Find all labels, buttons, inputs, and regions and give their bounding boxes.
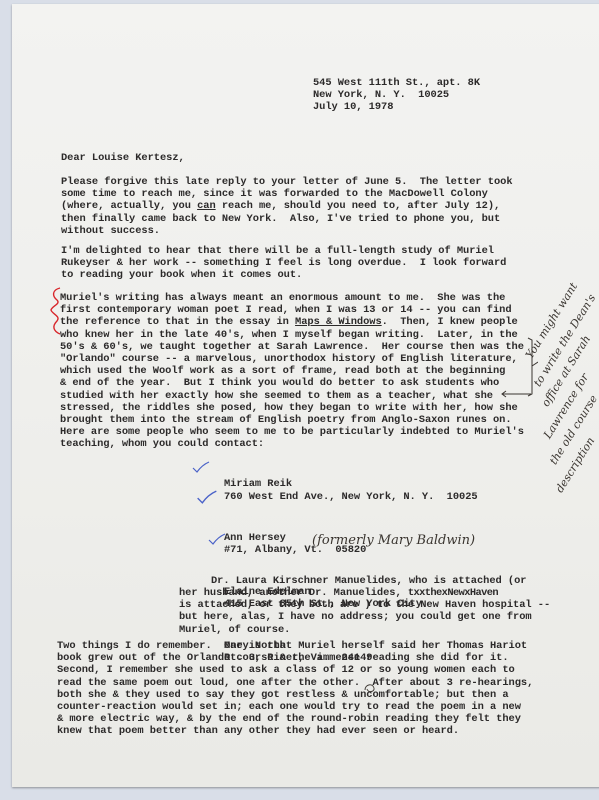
return-address: 545 West 111th St., apt. 8KNew York, N. … [313,77,480,114]
text-line: which used the Woolf work as a sort of f… [60,365,524,377]
text-span: reach me, should you need to, after July… [216,200,501,212]
text-line: 50's & 60's, we taught together at Sarah… [60,341,524,353]
text-line: "Orlando" course -- a marvelous, unortho… [60,353,524,365]
pencil-loop-mark [363,681,377,695]
contact-name: Miriam Reik [224,478,478,490]
book-title: Maps & Windows [295,316,382,328]
text-line: Second, I remember she used to ask a cla… [57,664,533,676]
check-icon [192,461,210,473]
text-line: who knew her in the late 40's, when I my… [60,329,524,341]
text-line: I'm delighted to hear that there will be… [61,245,506,257]
paragraph-2: I'm delighted to hear that there will be… [61,245,506,282]
text-span: the reference to that in the essay in [60,316,295,328]
text-line: counter-reaction would set in; each one … [57,701,533,713]
paragraph-4-body: her husband, another Dr. Manuelides, txx… [179,587,550,636]
address-line: 545 West 111th St., apt. 8K [313,77,480,89]
paragraph-3: Muriel's writing has always meant an eno… [60,292,524,451]
text-line: Dr. Laura Kirschner Manuelides, who is a… [211,575,526,587]
struck-out-text: txxthexNewxHaven [408,587,498,599]
text-line: without success. [61,225,513,237]
text-line: book grew out of the Orlando course & th… [57,652,533,664]
contact-address: 760 West End Ave., New York, N. Y. 10025 [224,491,478,503]
contact-entry: Miriam Reik760 West End Ave., New York, … [224,478,478,502]
text-line: Muriel, of course. [179,624,550,636]
text-line: studied with her exactly how she seemed … [60,390,524,402]
letter-date: July 10, 1978 [313,101,480,113]
text-line: to reading your book when it comes out. [61,269,506,281]
text-line: Please forgive this late reply to your l… [61,176,513,188]
text-line: Two things I do remember. One is that Mu… [57,640,533,652]
text-span: her husband, another Dr. Manuelides, [179,587,408,599]
text-line: brought them into the stream of English … [60,414,524,426]
paragraph-4: Dr. Laura Kirschner Manuelides, who is a… [211,575,526,587]
text-line: & end of the year. But I think you would… [60,377,524,389]
text-span: (where, actually, you [61,200,197,212]
salutation: Dear Louise Kertesz, [61,152,185,164]
text-line: Muriel's writing has always meant an eno… [60,292,524,304]
text-line: teaching, whom you could contact: [60,438,524,450]
address-line: New York, N. Y. 10025 [313,89,480,101]
paragraph-5: Two things I do remember. One is that Mu… [57,640,533,738]
text-line: stressed, the riddles she posed, how the… [60,402,524,414]
text-line: & more electric way, & by the end of the… [57,713,533,725]
text-line: Here are some people who seem to me to b… [60,426,524,438]
margin-note: You might want to write the Dean's offic… [520,300,599,490]
text-line: read the same poem out loud, one after t… [57,677,533,689]
check-icon [208,533,226,545]
underlined-word: can [197,200,216,212]
text-line: first contemporary woman poet I read, wh… [60,304,524,316]
text-line: the reference to that in the essay in Ma… [60,316,524,328]
check-icon [196,490,218,504]
text-span: . Then, I knew people [382,316,518,328]
text-line: some time to reach me, since it was forw… [61,188,513,200]
text-line: then finally came back to New York. Also… [61,213,513,225]
text-line: is attached, or they both are ) to the N… [179,599,550,611]
paragraph-1: Please forgive this late reply to your l… [61,176,513,237]
text-span: some time to reach me, since it was forw… [61,188,488,200]
text-line: Rukeyser & her work -- something I feel … [61,257,506,269]
text-line: her husband, another Dr. Manuelides, txx… [179,587,550,599]
text-line: both she & they used to say they got res… [57,689,533,701]
text-line: (where, actually, you can reach me, shou… [61,200,513,212]
text-line: knew that poem better than any other the… [57,725,533,737]
text-line: but here, alas, I have no address; you c… [179,611,550,623]
formerly-annotation: (formerly Mary Baldwin) [312,533,475,548]
